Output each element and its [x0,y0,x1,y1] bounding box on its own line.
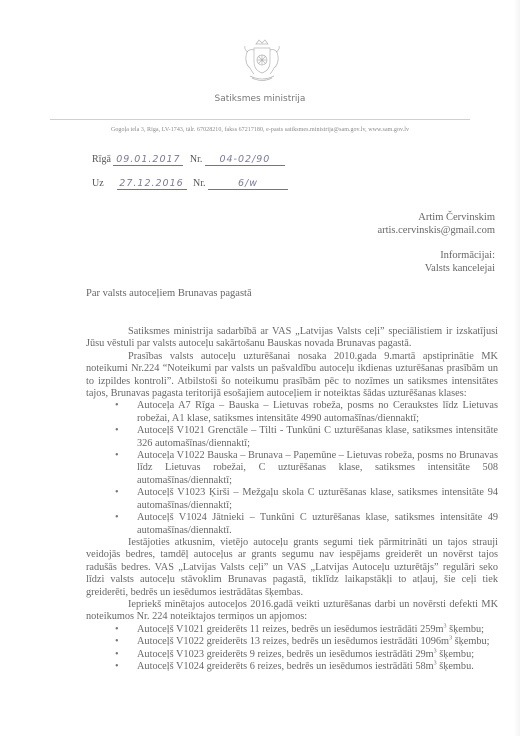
paragraph-1: Satiksmes ministrija sadarbībā ar VAS „L… [86,326,498,351]
header-divider [50,119,470,120]
work-tail: šķembu; [447,624,484,635]
work-text: Autoceļš V1024 greiderēts 6 reizes, bedr… [137,661,434,672]
list-item: Autoceļš V1022 greiderēts 13 reizes, bed… [127,636,498,648]
paragraph-4: Iepriekš minētajos autoceļos 2016.gadā v… [86,599,498,624]
list-item: Autoceļš V1023 Ķirši – Mežgaļu skola C u… [127,487,498,512]
letter-date: 09.01.2017 [113,154,183,166]
ministry-name: Satiksmes ministrija [0,94,520,104]
letter-subject: Par valsts autoceļiem Brunavas pagastā [86,288,252,299]
paragraph-2: Prasības valsts autoceļu uzturēšanai nos… [86,351,498,401]
ministry-address: Gogoļa iela 3, Rīga, LV-1743, tālr. 6702… [0,127,520,133]
reply-date: 27.12.2016 [117,178,187,190]
reply-number-label: Nr. [193,178,206,189]
recipient-name: Artim Červinskim [377,212,495,225]
recipient-block: Artim Červinskim artis.cervinskis@gmail.… [377,212,495,237]
info-recipient: Valsts kancelejai [425,263,495,276]
outgoing-reference: Rīgā 09.01.2017 Nr. 04-02/90 [92,154,285,166]
page-edge-shadow [514,0,520,736]
recipient-email: artis.cervinskis@gmail.com [377,225,495,238]
place-label: Rīgā [92,154,111,165]
reply-number: 6/w [208,178,288,190]
list-item: Autoceļš V1024 greiderēts 6 reizes, bedr… [127,661,498,673]
latvian-coat-of-arms-icon [242,38,282,84]
work-text: Autoceļš V1023 greiderēts 9 reizes, bedr… [137,649,434,660]
list-item: Autoceļa A7 Rīga – Bauska – Lietuvas rob… [127,400,498,425]
number-label: Nr. [190,154,203,165]
work-text: Autoceļš V1022 greiderēts 13 reizes, bed… [137,636,449,647]
info-label: Informācijai: [425,250,495,263]
incoming-reference: Uz 27.12.2016 Nr. 6/w [92,178,288,190]
list-item: Autoceļš V1024 Jātnieki – Tunkūni C uztu… [127,512,498,537]
letter-body: Satiksmes ministrija sadarbībā ar VAS „L… [86,326,498,673]
paragraph-3: Iestājoties atkusnim, vietējo autoceļu g… [86,537,498,599]
work-text: Autoceļš V1021 greiderēts 11 reizes, bed… [137,624,444,635]
list-item: Autoceļa V1022 Bauska – Brunava – Paņemū… [127,450,498,487]
list-item: Autoceļš V1023 greiderēts 9 reizes, bedr… [127,649,498,661]
works-list: Autoceļš V1021 greiderēts 11 reizes, bed… [86,624,498,674]
letter-number: 04-02/90 [205,154,285,166]
list-item: Autoceļš V1021 greiderēts 11 reizes, bed… [127,624,498,636]
letter-page: Satiksmes ministrija Gogoļa iela 3, Rīga… [0,0,520,736]
copy-to-block: Informācijai: Valsts kancelejai [425,250,495,275]
list-item: Autoceļš V1021 Grenctāle – Tilti - Tunkū… [127,425,498,450]
work-tail: šķembu; [452,636,489,647]
work-tail: šķembu. [437,661,474,672]
work-tail: šķembu; [437,649,474,660]
road-class-list: Autoceļa A7 Rīga – Bauska – Lietuvas rob… [86,400,498,536]
reply-label: Uz [92,178,114,189]
